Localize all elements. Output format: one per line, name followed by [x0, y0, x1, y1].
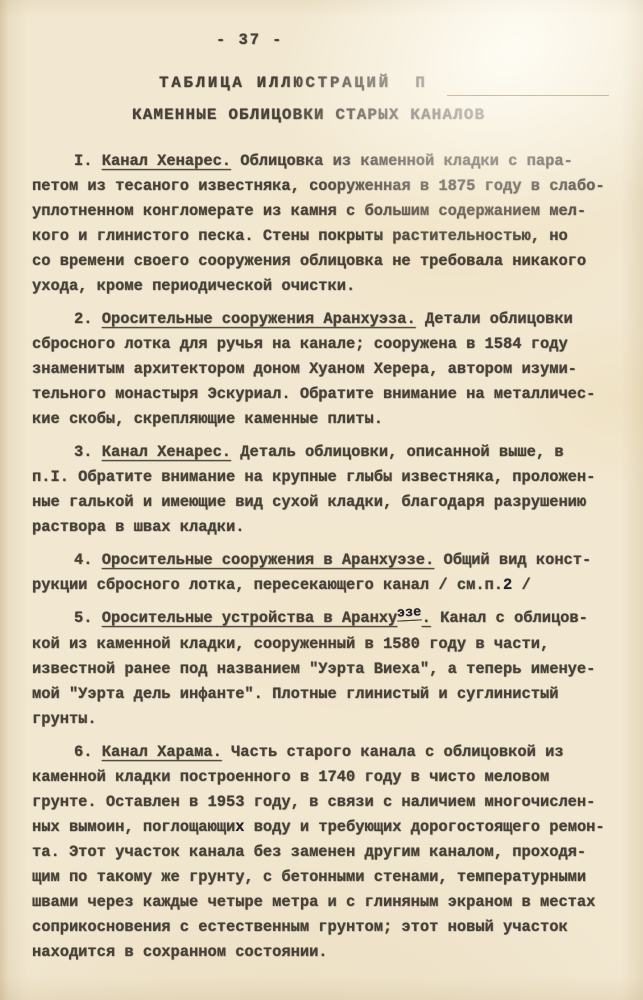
item-number: I.	[74, 152, 92, 170]
item-heading-tail: .	[422, 609, 431, 627]
item-number: 4.	[74, 551, 92, 569]
table-title: ТАБЛИЦА ИЛЛЮСТРАЦИЙ П	[159, 74, 643, 92]
faint-rule	[447, 95, 609, 96]
item-text: /	[512, 576, 530, 594]
item-heading: Канал Харама.	[102, 743, 222, 761]
document-page: - 37 - ТАБЛИЦА ИЛЛЮСТРАЦИЙ П КАМЕННЫЕ ОБ…	[0, 0, 643, 1000]
list-item-4: 4. Оросительные сооружения в Аранхуэзе. …	[32, 548, 632, 598]
illustration-list: I. Канал Хенарес. Облицовка из каменной …	[32, 149, 632, 965]
handwritten-correction: эзе	[397, 600, 423, 626]
list-item-6: 6. Канал Харама. Часть старого канала с …	[32, 740, 632, 965]
table-subtitle: КАМЕННЫЕ ОБЛИЦОВКИ СТАРЫХ КАНАЛОВ	[132, 106, 643, 124]
item-heading: Оросительные сооружения в Аранхуэзе.	[102, 551, 435, 569]
item-number: 5.	[74, 609, 92, 627]
item-heading: Канал Хенарес.	[102, 152, 231, 170]
list-item-5: 5. Оросительные устройства в Аранхуэзе. …	[32, 606, 632, 732]
item-text: воду и требующих дорогостоящего ремон- т…	[32, 818, 605, 961]
list-item-3: 3. Канал Хенарес. Деталь облицовки, опис…	[32, 440, 632, 540]
item-heading: Канал Хенарес.	[102, 443, 231, 461]
handwritten-correction: 2	[503, 576, 512, 594]
list-item-2: 2. Оросительные сооружения Аранхуэза. Де…	[32, 307, 632, 432]
item-text: Облицовка из каменной кладки с пара- пет…	[32, 152, 605, 295]
page-number: - 37 -	[0, 0, 643, 49]
item-number: 2.	[74, 310, 92, 328]
list-item-1: I. Канал Хенарес. Облицовка из каменной …	[32, 149, 632, 299]
item-heading: Оросительные сооружения Аранхуэза.	[102, 310, 416, 328]
item-number: 6.	[74, 743, 92, 761]
item-number: 3.	[74, 443, 92, 461]
item-heading: Оросительные устройства в Аранху	[102, 609, 398, 627]
